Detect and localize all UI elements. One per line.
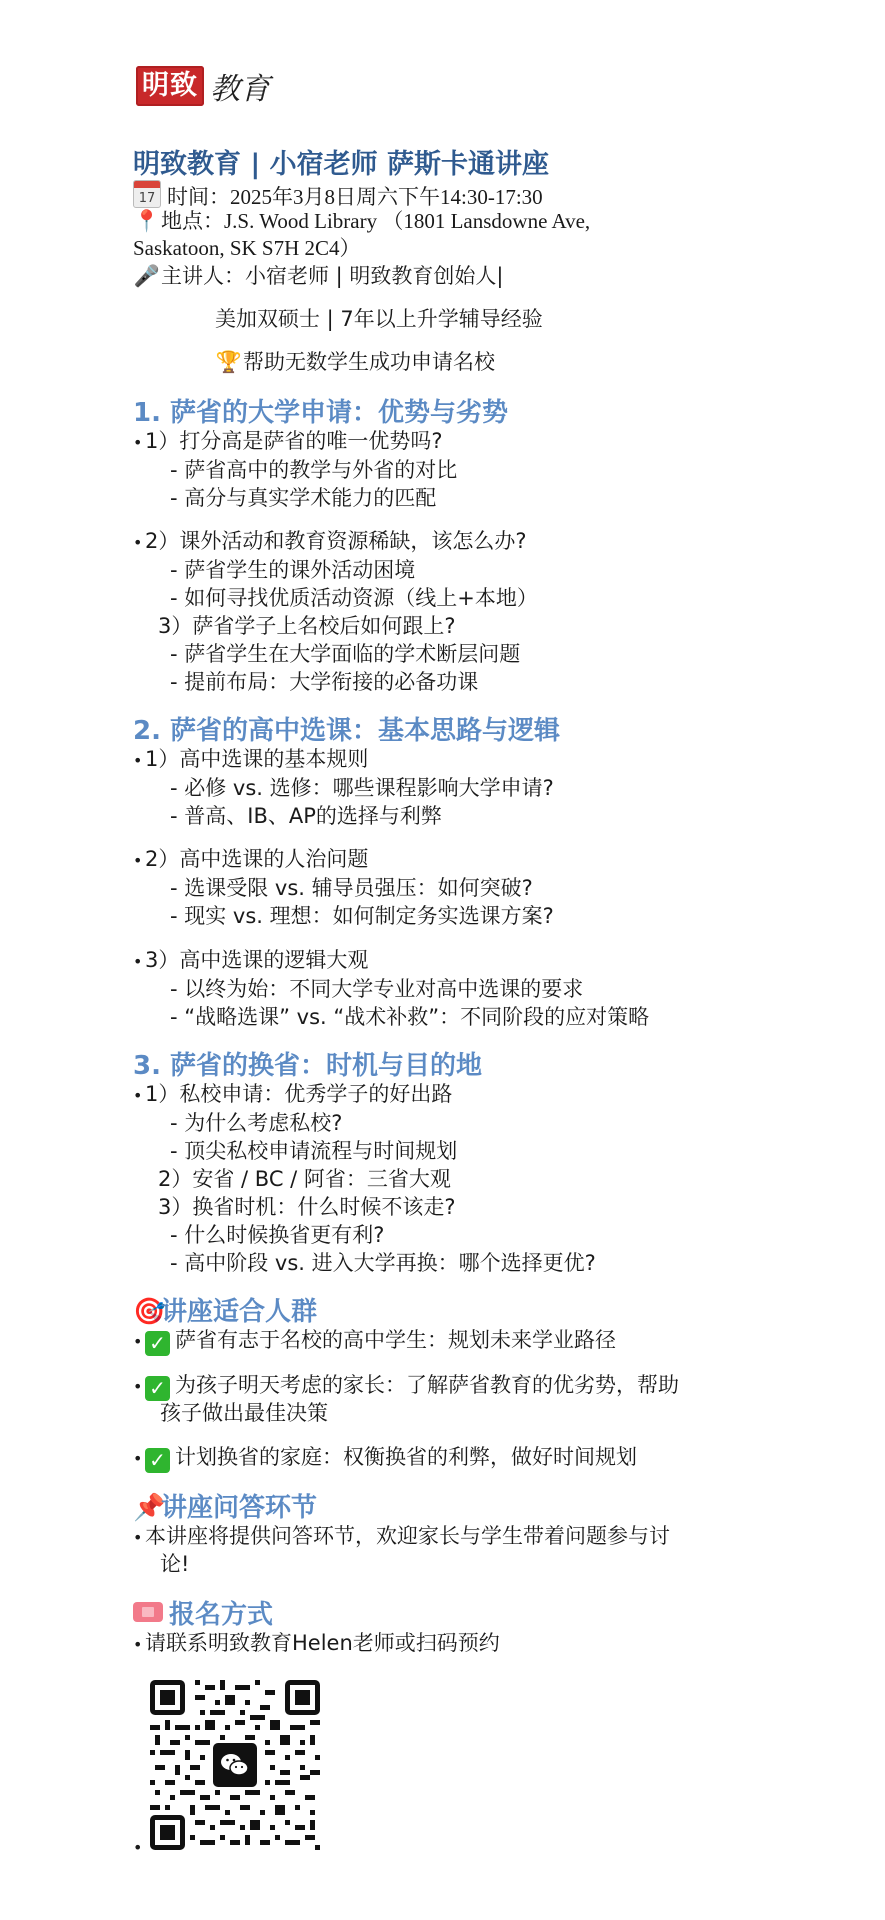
location-line: 📍地点：J.S. Wood Library （1801 Lansdowne Av… xyxy=(133,207,590,235)
list-item: - 萨省学生在大学面临的学术断层问题 xyxy=(170,640,520,668)
check-icon: ✓ xyxy=(145,1331,170,1356)
list-item: - 高中阶段 vs. 进入大学再换：哪个选择更优? xyxy=(170,1249,596,1277)
qa-text-cont: 论! xyxy=(160,1550,189,1578)
logo-script: 教育 xyxy=(210,64,270,108)
audience-item: •✓计划换省的家庭：权衡换省的利弊，做好时间规划 xyxy=(133,1443,637,1473)
list-item: •1）高中选课的基本规则 xyxy=(133,745,368,775)
microphone-icon: 🎤 xyxy=(133,262,161,290)
wechat-icon xyxy=(213,1743,257,1787)
list-item: - 以终为始：不同大学专业对高中选课的要求 xyxy=(170,975,583,1003)
list-item: •1）私校申请：优秀学子的好出路 xyxy=(133,1080,452,1110)
location-line-2: Saskatoon, SK S7H 2C4） xyxy=(133,234,361,262)
trophy-icon: 🏆 xyxy=(215,348,243,376)
list-item: - 必修 vs. 选修：哪些课程影响大学申请? xyxy=(170,774,554,802)
list-item: - 萨省高中的教学与外省的对比 xyxy=(170,456,457,484)
list-item: - 选课受限 vs. 辅导员强压：如何突破? xyxy=(170,874,533,902)
speaker-credentials: 美加双硕士 | 7年以上升学辅导经验 xyxy=(215,305,543,333)
list-item: 3）萨省学子上名校后如何跟上? xyxy=(158,612,456,640)
section-1-heading: 1. 萨省的大学申请：优势与劣势 xyxy=(133,392,508,429)
list-item: 2）安省 / BC / 阿省：三省大观 xyxy=(158,1165,451,1193)
list-item: - “战略选课” vs. “战术补救”：不同阶段的应对策略 xyxy=(170,1003,649,1031)
check-icon: ✓ xyxy=(145,1448,170,1473)
list-item: •2）课外活动和教育资源稀缺，该怎么办? xyxy=(133,527,527,557)
list-item: - 萨省学生的课外活动困境 xyxy=(170,556,415,584)
trailing-bullet: • xyxy=(133,1838,142,1857)
list-item: - 如何寻找优质活动资源（线上+本地） xyxy=(170,584,538,612)
section-3-heading: 3. 萨省的换省：时机与目的地 xyxy=(133,1045,482,1082)
list-item: •1）打分高是萨省的唯一优势吗? xyxy=(133,427,443,457)
audience-heading: 🎯讲座适合人群 xyxy=(133,1291,317,1328)
list-item: - 提前布局：大学衔接的必备功课 xyxy=(170,668,478,696)
pushpin-icon: 📌 xyxy=(133,1493,161,1523)
qa-heading: 📌讲座问答环节 xyxy=(133,1487,317,1524)
achievement-line: 🏆帮助无数学生成功申请名校 xyxy=(215,348,495,376)
list-item: •2）高中选课的人治问题 xyxy=(133,845,368,875)
list-item: - 顶尖私校申请流程与时间规划 xyxy=(170,1137,457,1165)
list-item: •3）高中选课的逻辑大观 xyxy=(133,946,368,976)
page-title: 明致教育 | 小宿老师 萨斯卡通讲座 xyxy=(133,142,549,181)
list-item: - 现实 vs. 理想：如何制定务实选课方案? xyxy=(170,902,554,930)
logo-seal: 明致 xyxy=(136,66,204,106)
list-item: - 普高、IB、AP的选择与利弊 xyxy=(170,802,442,830)
list-item: - 高分与真实学术能力的匹配 xyxy=(170,484,436,512)
audience-item: •✓为孩子明天考虑的家长：了解萨省教育的优劣势，帮助 xyxy=(133,1371,679,1401)
pushpin-icon: 📍 xyxy=(133,207,161,235)
section-2-heading: 2. 萨省的高中选课：基本思路与逻辑 xyxy=(133,710,560,747)
signup-text: •请联系明致教育Helen老师或扫码预约 xyxy=(133,1629,500,1659)
audience-item-cont: 孩子做出最佳决策 xyxy=(160,1399,328,1427)
list-item: - 为什么考虑私校? xyxy=(170,1109,342,1137)
ticket-icon xyxy=(133,1602,163,1622)
speaker-line: 🎤主讲人：小宿老师 | 明致教育创始人| xyxy=(133,262,504,290)
list-item: 3）换省时机：什么时候不该走? xyxy=(158,1193,456,1221)
dart-target-icon: 🎯 xyxy=(133,1297,161,1327)
list-item: - 什么时候换省更有利? xyxy=(170,1221,384,1249)
wechat-qr-code[interactable] xyxy=(150,1680,320,1850)
audience-item: •✓萨省有志于名校的高中学生：规划未来学业路径 xyxy=(133,1326,616,1356)
brand-logo: 明致 教育 xyxy=(136,64,270,108)
calendar-icon: 17 xyxy=(133,180,161,208)
signup-heading: 报名方式 xyxy=(133,1594,273,1631)
qa-text: •本讲座将提供问答环节，欢迎家长与学生带着问题参与讨 xyxy=(133,1522,670,1552)
check-icon: ✓ xyxy=(145,1376,170,1401)
